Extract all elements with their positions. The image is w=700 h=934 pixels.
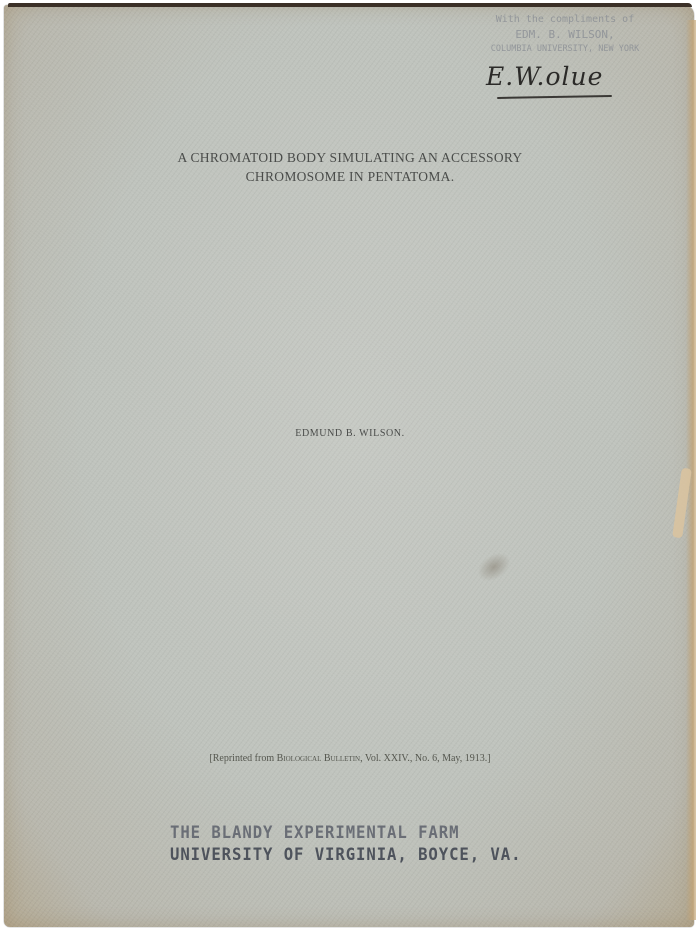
handwritten-signature: E.W.olue bbox=[486, 62, 603, 91]
reprint-suffix: , Vol. XXIV., No. 6, May, 1913.] bbox=[360, 753, 490, 764]
reprint-notice: [Reprinted from Biological Bulletin, Vol… bbox=[0, 753, 700, 764]
pamphlet-cover bbox=[4, 5, 694, 927]
compliments-stamp: With the compliments of EDM. B. WILSON, … bbox=[440, 12, 690, 57]
library-stamp: THE BLANDY EXPERIMENTAL FARM UNIVERSITY … bbox=[170, 822, 521, 866]
title-line-1: A CHROMATOID BODY SIMULATING AN ACCESSOR… bbox=[0, 148, 700, 167]
reprint-journal: Biological Bulletin bbox=[277, 753, 361, 764]
document-title: A CHROMATOID BODY SIMULATING AN ACCESSOR… bbox=[0, 148, 700, 186]
author-name: EDMUND B. WILSON. bbox=[0, 428, 700, 439]
compliments-line-2: EDM. B. WILSON, bbox=[440, 27, 690, 42]
library-stamp-line-1: THE BLANDY EXPERIMENTAL FARM bbox=[170, 822, 521, 844]
compliments-line-3: COLUMBIA UNIVERSITY, NEW YORK bbox=[440, 42, 690, 57]
title-line-2: CHROMOSOME IN PENTATOMA. bbox=[0, 167, 700, 186]
cover-top-edge bbox=[8, 3, 692, 7]
library-stamp-line-2: UNIVERSITY OF VIRGINIA, BOYCE, VA. bbox=[170, 844, 521, 866]
reprint-prefix: [Reprinted from bbox=[209, 753, 276, 764]
compliments-line-1: With the compliments of bbox=[440, 12, 690, 27]
